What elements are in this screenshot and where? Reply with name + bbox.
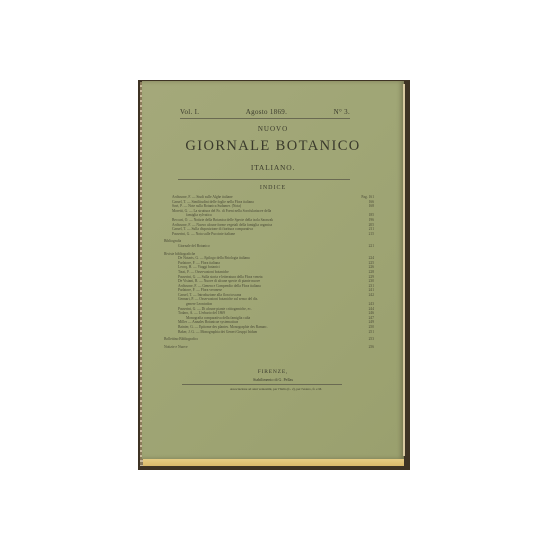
title-suffix: ITALIANO.	[142, 163, 404, 172]
page-edges	[142, 458, 404, 466]
issue-number: N° 3.	[334, 108, 350, 116]
footer-divider	[182, 384, 342, 385]
toc-entry-page: 256	[369, 345, 374, 350]
toc-entry-title: Bollettino Bibliografico	[164, 337, 198, 342]
index-heading: INDICE	[142, 185, 404, 191]
page-edge-highlight	[403, 84, 405, 456]
toc-entry-page: 242	[369, 293, 374, 298]
printer-name: Stabilimento di G. Pellas	[142, 377, 404, 382]
publisher-city: FIRENZE,	[142, 369, 404, 375]
toc-entry-page: 168	[369, 204, 374, 209]
toc-entry-page: 221	[369, 244, 374, 249]
journal-title: GIORNALE BOTANICO	[142, 138, 404, 155]
table-of-contents: Ardissone, F. — Studi sulle Alghe italia…	[164, 195, 374, 349]
title-divider	[178, 179, 350, 180]
toc-entry: Giornale del Botanico221	[164, 244, 374, 249]
volume-label: Vol. I.	[180, 108, 199, 116]
toc-section-heading: Notizie e Nuove256	[164, 345, 374, 350]
issue-header: Vol. I. Agosto 1869. N° 3.	[180, 108, 350, 119]
toc-entry-page: 253	[369, 337, 374, 342]
toc-entry-page: 251	[369, 330, 374, 335]
toc-entry: Passerini, G. — Nota sulle Puccinie ital…	[164, 232, 374, 237]
subscription-note: Associazione ad anni ventesimi, per l'It…	[176, 387, 376, 391]
toc-section-heading: Bollettino Bibliografico253	[164, 337, 374, 342]
toc-entry-title: Baker, J. G. — Monographia dei Generi Gr…	[164, 330, 257, 335]
toc-entry-title: Notizie e Nuove	[164, 345, 188, 350]
toc-entry: Baker, J. G. — Monographia dei Generi Gr…	[164, 330, 374, 335]
toc-entry-page: 215	[369, 232, 374, 237]
title-prefix: NUOVO	[142, 125, 404, 133]
toc-entry-title: Passerini, G. — Nota sulle Puccinie ital…	[164, 232, 235, 237]
issue-date: Agosto 1869.	[246, 108, 287, 116]
journal-cover: Vol. I. Agosto 1869. N° 3. NUOVO GIORNAL…	[142, 81, 404, 459]
toc-entry-title: Giornale del Botanico	[164, 244, 210, 249]
